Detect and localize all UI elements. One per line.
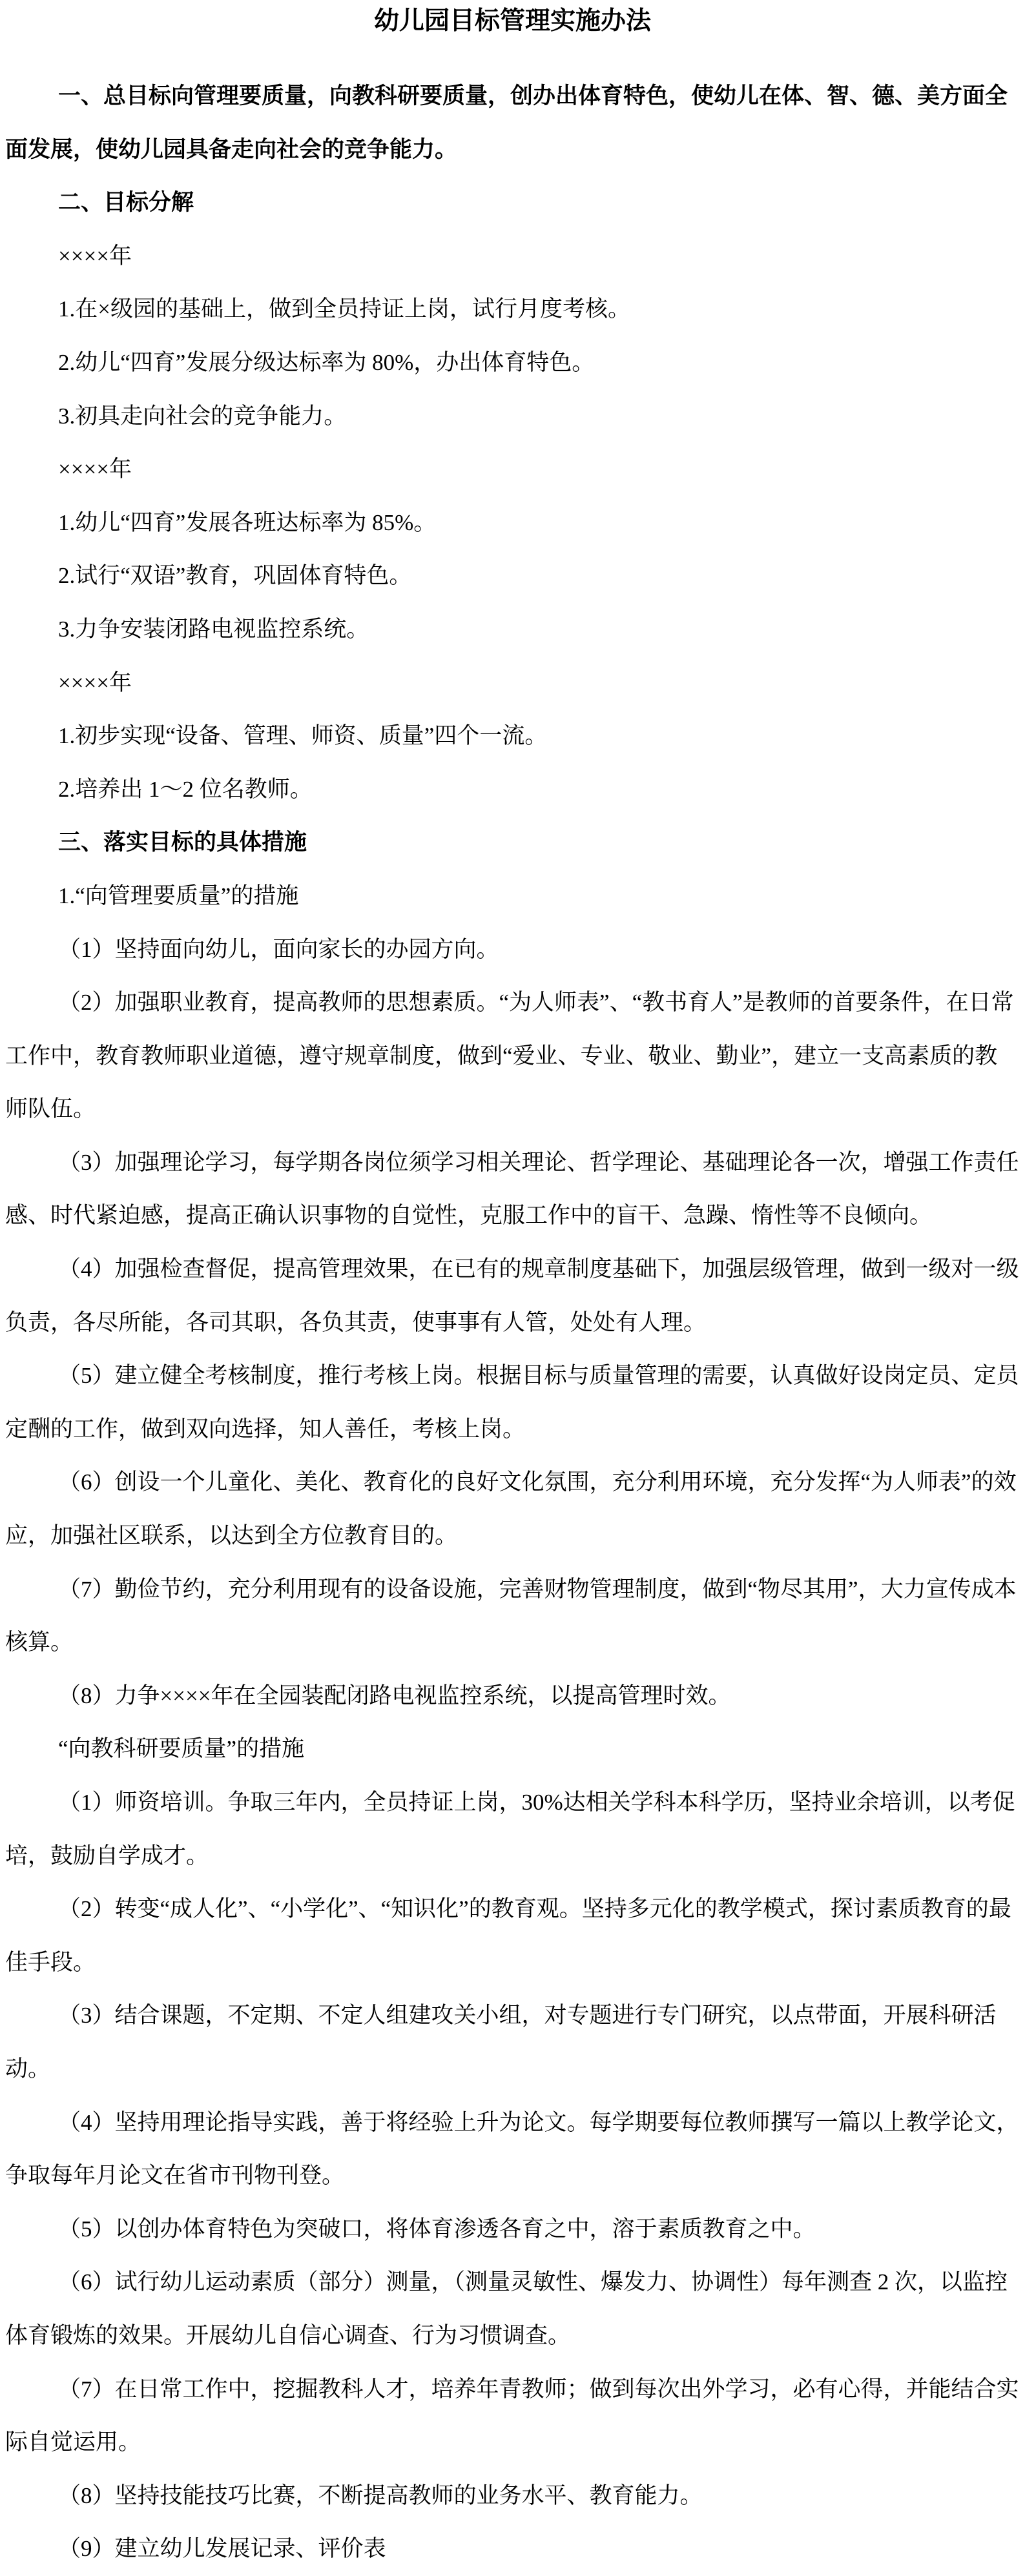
paragraph: （3）加强理论学习，每学期各岗位须学习相关理论、哲学理论、基础理论各一次，增强工… [5, 1136, 1020, 1243]
document-title: 幼儿园目标管理实施办法 [5, 3, 1020, 40]
paragraph: （4）加强检查督促，提高管理效果，在已有的规章制度基础下，加强层级管理，做到一级… [5, 1243, 1020, 1349]
paragraph: 2.试行“双语”教育，巩固体育特色。 [5, 549, 1020, 603]
paragraph: ××××年 [5, 657, 1020, 710]
paragraph: （5）以创办体育特色为突破口，将体育渗透各育之中，溶于素质教育之中。 [5, 2203, 1020, 2256]
paragraph: （7）在日常工作中，挖掘教科人才，培养年青教师；做到每次出外学习，必有心得，并能… [5, 2363, 1020, 2469]
paragraph: （1）师资培训。争取三年内，全员持证上岗，30%达相关学科本科学历，坚持业余培训… [5, 1776, 1020, 1883]
paragraph: 2.幼儿“四育”发展分级达标率为 80%，办出体育特色。 [5, 336, 1020, 390]
paragraph: （8）力争××××年在全园装配闭路电视监控系统，以提高管理时效。 [5, 1670, 1020, 1723]
paragraph: ××××年 [5, 230, 1020, 283]
paragraph: 一、总目标向管理要质量，向教科研要质量，创办出体育特色，使幼儿在体、智、德、美方… [5, 70, 1020, 176]
paragraph: 2.培养出 1～2 位名教师。 [5, 763, 1020, 817]
paragraph: （6）创设一个儿童化、美化、教育化的良好文化氛围，充分利用环境，充分发挥“为人师… [5, 1456, 1020, 1562]
paragraph: （6）试行幼儿运动素质（部分）测量，（测量灵敏性、爆发力、协调性）每年测查 2 … [5, 2256, 1020, 2362]
paragraph: 3.初具走向社会的竞争能力。 [5, 390, 1020, 444]
document-body: 一、总目标向管理要质量，向教科研要质量，创办出体育特色，使幼儿在体、智、德、美方… [5, 70, 1020, 2576]
paragraph: 1.初步实现“设备、管理、师资、质量”四个一流。 [5, 710, 1020, 763]
paragraph: ××××年 [5, 443, 1020, 496]
paragraph: （1）坚持面向幼儿，面向家长的办园方向。 [5, 923, 1020, 977]
paragraph: 二、目标分解 [5, 176, 1020, 230]
paragraph: “向教科研要质量”的措施 [5, 1722, 1020, 1776]
paragraph: 1.“向管理要质量”的措施 [5, 870, 1020, 923]
paragraph: （2）转变“成人化”、“小学化”、“知识化”的教育观。坚持多元化的教学模式，探讨… [5, 1883, 1020, 1989]
paragraph: 1.在×级园的基础上，做到全员持证上岗，试行月度考核。 [5, 283, 1020, 336]
paragraph: 三、落实目标的具体措施 [5, 816, 1020, 870]
paragraph: （7）勤俭节约，充分利用现有的设备设施，完善财物管理制度，做到“物尽其用”，大力… [5, 1563, 1020, 1670]
paragraph: （8）坚持技能技巧比赛，不断提高教师的业务水平、教育能力。 [5, 2469, 1020, 2523]
paragraph: （2）加强职业教育，提高教师的思想素质。“为人师表”、“教书育人”是教师的首要条… [5, 976, 1020, 1136]
document-page: 幼儿园目标管理实施办法 一、总目标向管理要质量，向教科研要质量，创办出体育特色，… [0, 0, 1025, 2576]
paragraph: 1.幼儿“四育”发展各班达标率为 85%。 [5, 496, 1020, 550]
paragraph: （5）建立健全考核制度，推行考核上岗。根据目标与质量管理的需要，认真做好设岗定员… [5, 1349, 1020, 1456]
paragraph: （9）建立幼儿发展记录、评价表 [5, 2522, 1020, 2576]
paragraph: （3）结合课题，不定期、不定人组建攻关小组，对专题进行专门研究，以点带面，开展科… [5, 1989, 1020, 2096]
paragraph: （4）坚持用理论指导实践，善于将经验上升为论文。每学期要每位教师撰写一篇以上教学… [5, 2096, 1020, 2203]
paragraph: 3.力争安装闭路电视监控系统。 [5, 603, 1020, 657]
